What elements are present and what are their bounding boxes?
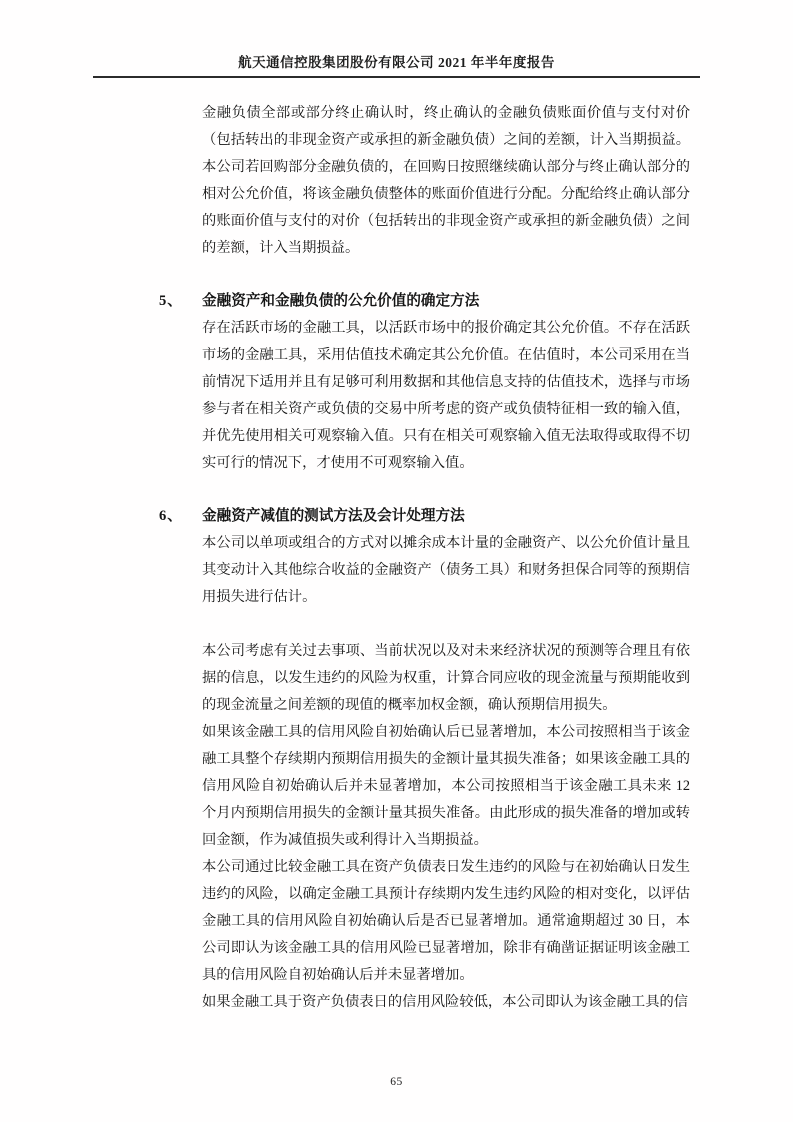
- paragraph-liability-derecognition: 金融负债全部或部分终止确认时，终止确认的金融负债账面价值与支付对价（包括转出的非…: [202, 100, 690, 262]
- section-6-paragraph-loss-allowance: 如果该金融工具的信用风险自初始确认后已显著增加，本公司按照相当于该金融工具整个存…: [202, 719, 690, 854]
- page-body: 金融负债全部或部分终止确认时，终止确认的金融负债账面价值与支付对价（包括转出的非…: [202, 100, 690, 1016]
- section-5-title: 金融资产和金融负债的公允价值的确定方法: [202, 293, 479, 309]
- page-footer: 65: [0, 1072, 793, 1090]
- page-number: 65: [390, 1076, 403, 1088]
- header-divider: [93, 76, 700, 78]
- section-6-title: 金融资产减值的测试方法及会计处理方法: [202, 508, 465, 524]
- section-5-heading: 5、金融资产和金融负债的公允价值的确定方法: [159, 288, 690, 315]
- page-header: 航天通信控股集团股份有限公司 2021 年半年度报告: [0, 0, 793, 78]
- report-page: 航天通信控股集团股份有限公司 2021 年半年度报告 金融负债全部或部分终止确认…: [0, 0, 793, 1122]
- section-5-number: 5、: [159, 288, 202, 315]
- section-6-paragraph-low-risk: 如果金融工具于资产负债表日的信用风险较低，本公司即认为该金融工具的信: [202, 989, 690, 1016]
- section-6-number: 6、: [159, 503, 202, 530]
- report-title: 航天通信控股集团股份有限公司 2021 年半年度报告: [0, 54, 793, 71]
- section-6-paragraph-scope: 本公司以单项或组合的方式对以摊余成本计量的金融资产、以公允价值计量且其变动计入其…: [202, 530, 690, 611]
- section-5-body: 存在活跃市场的金融工具，以活跃市场中的报价确定其公允价值。不存在活跃市场的金融工…: [202, 315, 690, 477]
- section-6-paragraph-measurement: 本公司考虑有关过去事项、当前状况以及对未来经济状况的预测等合理且有依据的信息，以…: [202, 638, 690, 719]
- section-6-heading: 6、金融资产减值的测试方法及会计处理方法: [159, 503, 690, 530]
- section-6-paragraph-risk-comparison: 本公司通过比较金融工具在资产负债表日发生违约的风险与在初始确认日发生违约的风险，…: [202, 854, 690, 989]
